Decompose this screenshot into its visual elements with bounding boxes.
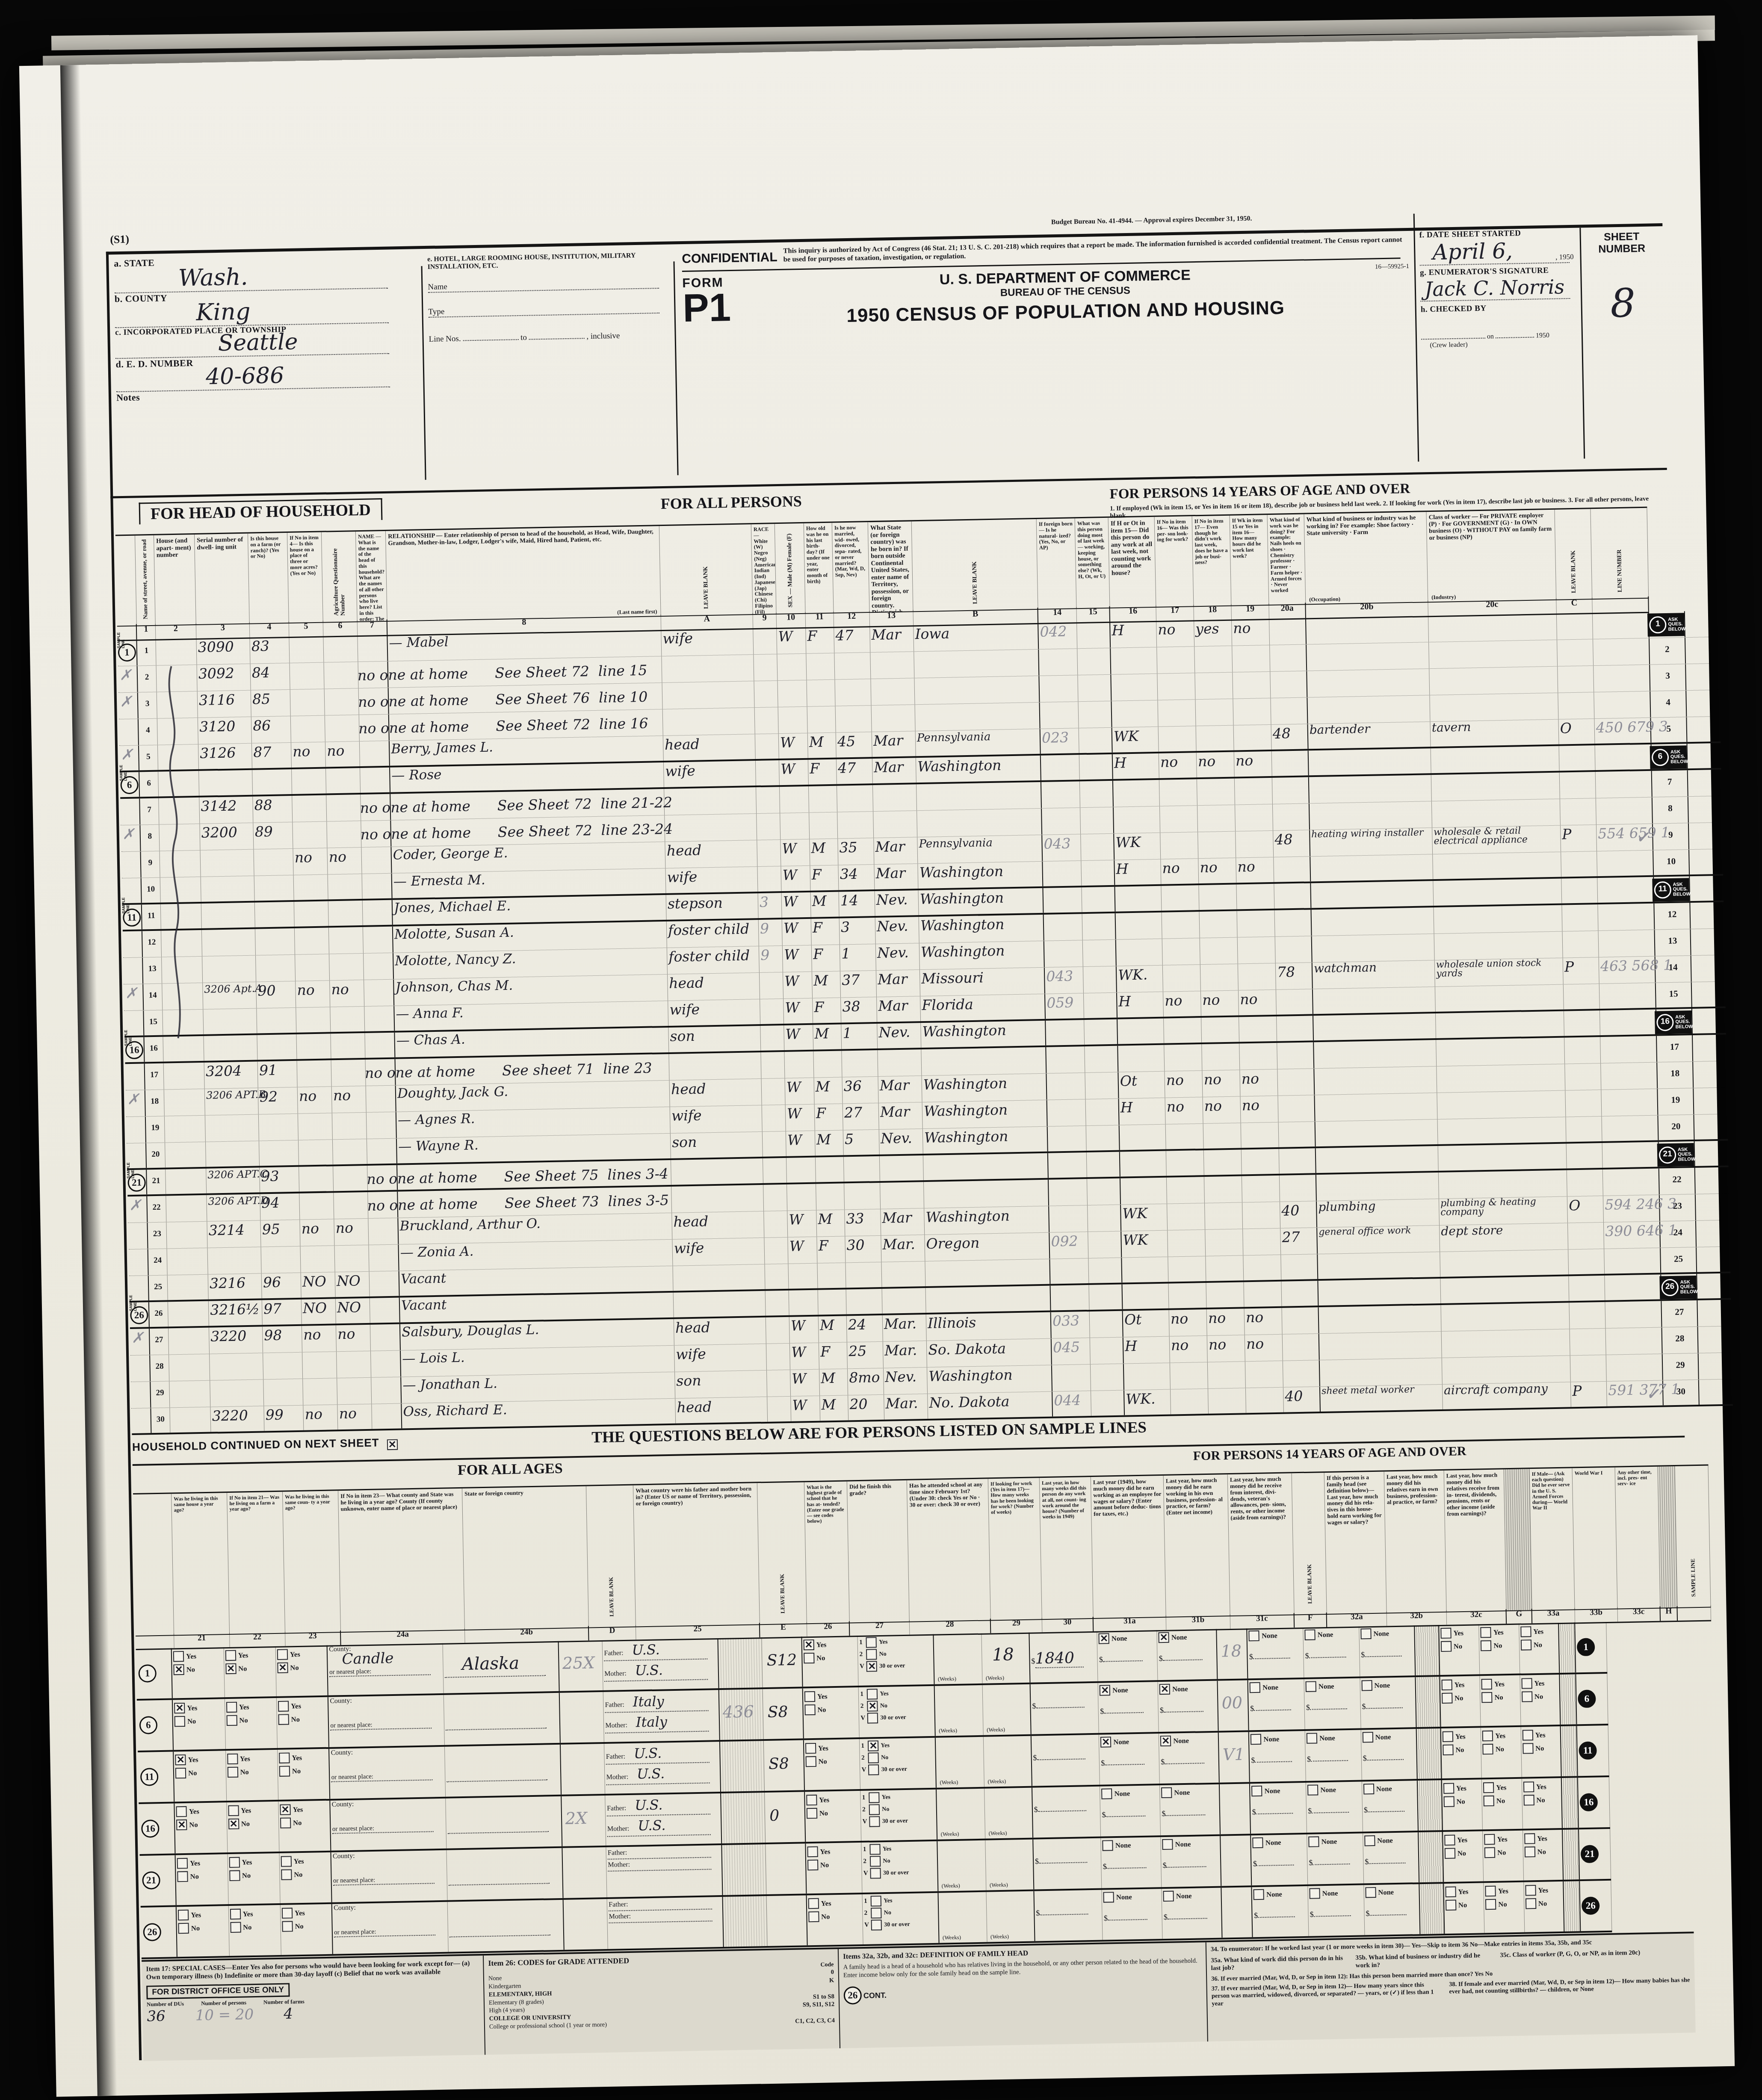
- cell-i19: [1271, 697, 1308, 724]
- value-name: Oss, Richard E.: [403, 1402, 507, 1419]
- cell-ind: [1431, 746, 1560, 773]
- cell-serial: [254, 875, 294, 901]
- cell-i15: [1122, 1284, 1169, 1309]
- cell-ind: [1429, 640, 1558, 668]
- cell-lineL: 11: [142, 904, 161, 930]
- qc31-none-label: None: [1174, 1788, 1190, 1796]
- value-mar: Nev.: [877, 944, 909, 961]
- value-i15: WK.: [1126, 1390, 1156, 1407]
- value-sex: F: [813, 919, 823, 936]
- father-fill: [606, 1762, 709, 1764]
- qa33-yes-label: Yes: [1453, 1629, 1463, 1637]
- sample-cell-i21: Yes✕No: [172, 1647, 225, 1698]
- q27-yes: ✕Yes: [803, 1639, 856, 1650]
- sample-cell-i21: YesNo: [176, 1854, 228, 1905]
- qc31: ✕None$: [1160, 1735, 1217, 1766]
- cell-farm: [295, 954, 330, 981]
- cell-street: [165, 1142, 206, 1168]
- qb31: None$: [1103, 1839, 1160, 1871]
- qb31-none-line: ✕None: [1099, 1632, 1156, 1644]
- value-race: W: [782, 840, 797, 857]
- sample-cell-i23: YesNo: [281, 1904, 334, 1955]
- q31a-dollar: $: [1031, 1657, 1035, 1665]
- value-house: 3200: [201, 824, 237, 841]
- sample-cell-b32: None$: [1305, 1730, 1362, 1781]
- cell-i19: [1281, 1281, 1319, 1306]
- sample-line-label: SAMPLE LINE: [126, 1161, 135, 1178]
- cell-sex: F: [819, 1342, 848, 1369]
- cell-i19: 40: [1283, 1387, 1321, 1412]
- q31a-fill: [1038, 1810, 1087, 1812]
- sample-cell-d: 25X: [559, 1640, 603, 1691]
- cell-c: 463 568 1: [1599, 957, 1656, 984]
- cell-farm: no: [300, 1219, 334, 1246]
- cell-i15: WK.: [1124, 1390, 1171, 1415]
- qi23-yes-label: Yes: [293, 1805, 303, 1813]
- value-acres: no: [339, 1405, 357, 1422]
- sample-cell-i25: Father:Mother:: [606, 1845, 723, 1897]
- value-acres: NO: [337, 1299, 361, 1316]
- qb31-none-label: None: [1112, 1686, 1128, 1694]
- cell-i19: [1282, 1307, 1319, 1334]
- cell-farm: [293, 821, 327, 848]
- q28-code-2: 2: [859, 1651, 866, 1658]
- cell-born: No. Dakota: [928, 1392, 1053, 1419]
- cell-race: [788, 1264, 818, 1289]
- sample-cell-county: County:Candleor nearest place:: [328, 1643, 444, 1695]
- cell-lineL: 3: [138, 692, 157, 719]
- value-mar: Nev.: [881, 1130, 912, 1147]
- q28-label-V: 30 or over: [882, 1817, 908, 1824]
- cell-street: [166, 1195, 207, 1222]
- value-i15: H: [1120, 1099, 1133, 1116]
- cell-age: 3: [840, 918, 876, 945]
- qi22-no-box: ✕: [225, 1663, 236, 1674]
- cell-cls: [1565, 1090, 1602, 1117]
- sample-cell-a33: YesNo: [1442, 1779, 1483, 1830]
- qa32-amount-line: $: [1252, 1807, 1305, 1816]
- qa33-no: No: [1442, 1692, 1479, 1704]
- cell-b: 043: [1042, 834, 1081, 861]
- cell-name: Vacant: [400, 1293, 674, 1323]
- grade-code-col-label: Code: [820, 1961, 834, 1969]
- cell-farm: no: [291, 742, 326, 768]
- cell-b: [1043, 861, 1082, 886]
- column-number-11: 11: [806, 611, 834, 627]
- qi21: Yes✕No: [173, 1650, 222, 1675]
- qa33: YesNo: [1444, 1834, 1481, 1859]
- father-label: Father:: [608, 1849, 627, 1857]
- cell-sex: M: [811, 892, 840, 917]
- cell-i18: [1242, 1202, 1280, 1229]
- sample-caption-22: If No in item 21— Was he living on a far…: [229, 1495, 281, 1512]
- grade-code-label: Kindergarten: [488, 1982, 521, 1991]
- qa33-yes: Yes: [1440, 1627, 1478, 1639]
- q27: YesNo: [807, 1846, 860, 1870]
- value-i19: 40: [1281, 1202, 1300, 1219]
- cell-lineL: 9: [141, 851, 160, 878]
- cell-i17: [1200, 964, 1239, 991]
- value-farm: no: [299, 1087, 317, 1105]
- cell-nat: [1083, 966, 1117, 993]
- value-i15: WK: [1123, 1231, 1148, 1248]
- cell-ind: [1434, 905, 1562, 933]
- qa33-yes-label: Yes: [1454, 1681, 1464, 1689]
- cell-i16: [1168, 1256, 1206, 1282]
- cell-i19: [1280, 1175, 1317, 1202]
- q28-box-2: ✕: [867, 1701, 878, 1711]
- father-label: Father:: [607, 1805, 627, 1812]
- value-i18: no: [1241, 1070, 1259, 1087]
- qi23: ✕YesNo: [280, 1804, 328, 1828]
- qb32-fill: [1314, 1915, 1351, 1917]
- value-name: Doughty, Jack G.: [397, 1084, 508, 1102]
- sample-cell-b31: ✕None$: [1098, 1682, 1159, 1733]
- cell-i15: [1116, 939, 1163, 966]
- district-value-1: 36: [147, 2008, 166, 2025]
- sample-cell-i25: Father:U.S.Mother:U.S.: [603, 1638, 719, 1690]
- cell-street: [169, 1328, 210, 1355]
- qi21-no-box: ✕: [176, 1819, 187, 1830]
- qc32-none-line: None: [1365, 1886, 1418, 1898]
- qc32-none-label: None: [1376, 1784, 1392, 1793]
- sample-header-22: If No in item 21— Was he living on a far…: [227, 1492, 285, 1634]
- qi22-yes-box: [230, 1909, 240, 1920]
- cell-i18: [1241, 1122, 1279, 1148]
- qi21-yes-box: [176, 1806, 187, 1817]
- value-race: W: [785, 999, 800, 1016]
- qc31-none-box: [1161, 1787, 1172, 1798]
- cell-acres: [329, 954, 364, 980]
- qb32-none-box: [1310, 1888, 1320, 1899]
- cell-house: 3220: [209, 1326, 263, 1353]
- sample-line-label: SAMPLE LINE: [128, 1294, 137, 1311]
- cell-mar: Mar.: [883, 1314, 927, 1341]
- qa32: None$: [1250, 1681, 1303, 1713]
- cell-occ: [1310, 801, 1432, 830]
- cell-farm: [294, 874, 328, 900]
- sample-row-badge: 16: [141, 1819, 160, 1838]
- value-mar: Mar.: [882, 1235, 915, 1252]
- cell-farm: [292, 795, 327, 821]
- cell-race: W: [790, 1343, 819, 1370]
- value-age: 1: [843, 1025, 852, 1041]
- ask-ques-below-label: ASK QUES. BELOW: [1668, 617, 1686, 632]
- qi23-yes-label: Yes: [295, 1908, 305, 1917]
- qb33-no-label: No: [1497, 1848, 1506, 1856]
- header-band: a. STATE Wash. b. COUNTY King c. INCORPO…: [109, 226, 1667, 494]
- qi22: Yes✕No: [228, 1805, 277, 1829]
- cell-sex: M: [810, 839, 838, 865]
- value-age: 27: [844, 1104, 863, 1121]
- column-caption-16: If H or Ot in item 15— Did this person d…: [1111, 520, 1153, 577]
- sample-cell-i29: (Weeks): [937, 1840, 986, 1891]
- sample-cell-i28: 1Yes2NoV30 or over: [862, 1841, 938, 1893]
- qa33: YesNo: [1443, 1731, 1480, 1755]
- cell-c: [1598, 930, 1655, 957]
- sample-cell-i28: 1Yes2NoV30 or over: [860, 1790, 937, 1841]
- father-country: Italy: [633, 1693, 664, 1710]
- column-number-LN: [1592, 597, 1649, 613]
- cell-ag: [360, 768, 390, 793]
- qc33-no-label: No: [1536, 1796, 1545, 1804]
- sample-cell-b32: None$: [1308, 1885, 1365, 1936]
- father-fill: [609, 1908, 712, 1911]
- family-head-text: A family head is a head of a household w…: [843, 1957, 1202, 1979]
- q27-no: No: [805, 1755, 858, 1767]
- cell-rel: wife: [668, 999, 760, 1026]
- cell-born: Washington: [918, 888, 1044, 915]
- cell-race: W: [786, 1131, 816, 1156]
- qb32-none-label: None: [1319, 1734, 1335, 1742]
- cell-i17: [1203, 1123, 1242, 1149]
- value-b: 043: [1044, 835, 1071, 852]
- margin-pencil-mark: ✗: [127, 1091, 139, 1108]
- sample-cell-a32: None$: [1251, 1834, 1308, 1885]
- qc31: None$: [1161, 1787, 1218, 1818]
- q27: YesNo: [804, 1690, 858, 1715]
- qc31-amount-line: $: [1161, 1757, 1217, 1766]
- sample-cell-i30: (Weeks): [984, 1788, 1033, 1839]
- value-house: 3206 APT.B: [206, 1088, 266, 1102]
- cell-i19: [1276, 989, 1313, 1015]
- qb33-yes: Yes: [1483, 1782, 1520, 1793]
- cell-street: [168, 1275, 209, 1300]
- cell-lineR: 17: [1657, 1035, 1693, 1062]
- ask-ques-below-badge: 16ASK QUES. BELOW: [1655, 1010, 1692, 1034]
- sample-line-label: SAMPLE LINE: [121, 896, 130, 913]
- value-name: Jones, Michael E.: [394, 898, 511, 916]
- qc31-none-line: None: [1163, 1890, 1220, 1902]
- cell-house: [208, 1247, 262, 1274]
- sample-cell-i29: (Weeks): [934, 1685, 983, 1736]
- sample-cell-i22: Yes✕No: [227, 1802, 279, 1852]
- qi21-yes-box: [178, 1910, 189, 1920]
- sample-cell-state: [445, 1745, 561, 1797]
- sample-cell-a32: None$: [1248, 1679, 1305, 1730]
- cell-house: 3206 APT.D: [207, 1194, 260, 1221]
- qi21-yes-box: [177, 1858, 188, 1869]
- qc32-amount-line: $: [1363, 1753, 1415, 1763]
- cell-c: [1595, 744, 1652, 770]
- sample-cell-c31: None$: [1162, 1888, 1223, 1939]
- cell-name: Oss, Richard E.: [402, 1399, 676, 1429]
- cell-i19: [1272, 750, 1309, 776]
- qb32-amount-line: $: [1309, 1858, 1362, 1867]
- qb32-none-label: None: [1322, 1889, 1338, 1897]
- cell-i19: [1269, 618, 1307, 645]
- margin-pencil-mark: ✗: [119, 667, 132, 684]
- qc33-yes-label: Yes: [1535, 1731, 1545, 1739]
- sample-caption-H: [1666, 1469, 1668, 1597]
- cell-farm: [299, 1193, 334, 1219]
- value-born: Washington: [917, 757, 1002, 775]
- sample-caption-D: LEAVE BLANK: [606, 1488, 615, 1616]
- sample-cell-i25: Father:U.S.Mother:U.S.: [604, 1742, 721, 1794]
- value-ind: plumbing & heating company: [1440, 1197, 1566, 1217]
- cell-house: 3206 APT.C: [206, 1167, 260, 1193]
- sample-cell-e: [718, 1637, 763, 1688]
- value-i15: WK.: [1118, 966, 1148, 983]
- ask-ques-below-label: ASK QUES. BELOW: [1675, 1015, 1693, 1030]
- cell-mar: Mar.: [883, 1341, 927, 1368]
- cell-cls: P: [1571, 1382, 1607, 1407]
- cell-mar: Mar: [878, 1076, 922, 1103]
- cell-acres: no: [336, 1325, 371, 1351]
- cell-street: [168, 1301, 209, 1327]
- qi21-no-box: ✕: [174, 1664, 184, 1675]
- cell-ag: [370, 1298, 400, 1323]
- cell-nat: [1091, 1391, 1125, 1416]
- column-caption-15: What was this person doing most of last …: [1077, 520, 1107, 580]
- cell-race: W: [777, 627, 806, 654]
- qb31-dollar: $: [1101, 1759, 1105, 1767]
- mother-country: U.S.: [635, 1662, 663, 1678]
- qb31-none-box: ✕: [1099, 1633, 1109, 1644]
- cell-serial: 95: [260, 1220, 300, 1247]
- cell-cls: [1562, 904, 1598, 931]
- sample-cell-g26: [767, 1895, 808, 1946]
- qi22-no-label: No: [241, 1819, 250, 1828]
- column-header-20a: What kind of work was he doing? For exam…: [1268, 514, 1306, 605]
- cell-i16: [1166, 1124, 1204, 1149]
- cell-serial: 87: [252, 743, 292, 768]
- value-house: 3092: [198, 665, 235, 682]
- qi22-no: No: [229, 1870, 278, 1881]
- cell-nat: [1081, 834, 1115, 860]
- q28-option-1: 1Yes: [860, 1688, 933, 1700]
- value-rel: head: [677, 1398, 712, 1415]
- q28-code-2: 2: [863, 1858, 870, 1865]
- value-sex: F: [810, 760, 820, 777]
- qb31-fill: [1103, 1660, 1143, 1662]
- ask-ques-below-badge: 26ASK QUES. BELOW: [1659, 1276, 1697, 1300]
- cell-age: 14: [839, 891, 875, 917]
- grade-value: S12: [766, 1651, 797, 1669]
- cell-a: [764, 1238, 788, 1264]
- value-race: W: [787, 1131, 802, 1149]
- sample-caption-SL: SAMPLE LINE: [1688, 1468, 1697, 1597]
- qa32-none-label: None: [1265, 1838, 1281, 1846]
- cell-occ: [1316, 1119, 1438, 1146]
- cell-name: Molotte, Nancy Z.: [393, 948, 668, 979]
- cell-c: [1602, 1116, 1659, 1141]
- qi21-no-label: No: [187, 1717, 196, 1725]
- cell-born: Florida: [920, 994, 1046, 1021]
- q27-yes-box: [804, 1691, 815, 1702]
- cell-acres: no: [334, 1219, 369, 1245]
- qi23-yes-box: [278, 1701, 289, 1711]
- cell-acres: no: [325, 741, 360, 767]
- value-b: 092: [1051, 1232, 1078, 1249]
- cell-mar: Nev.: [884, 1368, 928, 1394]
- qb31-fill: [1106, 1816, 1146, 1817]
- cell-house: [204, 1035, 257, 1061]
- column-number-16: 16: [1110, 605, 1156, 622]
- qc33-yes-label: Yes: [1538, 1886, 1548, 1894]
- qc33: YesNo: [1521, 1678, 1558, 1702]
- cell-i16: no: [1161, 859, 1199, 884]
- cell-b: [1041, 755, 1080, 780]
- qb32-none-label: None: [1317, 1630, 1333, 1639]
- cell-acres: [331, 1033, 365, 1058]
- corner-tag: (S1): [110, 233, 129, 246]
- qi23-no-box: [281, 1869, 292, 1880]
- q28-code-V: V: [863, 1818, 869, 1825]
- column-number-18: 18: [1194, 604, 1232, 620]
- cell-i19: [1274, 857, 1311, 882]
- cell-lineR: 20: [1658, 1115, 1694, 1140]
- cell-race: W: [783, 972, 813, 998]
- cell-lineR: 21ASK QUES. BELOW: [1659, 1141, 1695, 1167]
- sample-cell-g: [1416, 1677, 1441, 1727]
- code-d: 2X: [565, 1809, 587, 1828]
- value-house: 3090: [198, 638, 234, 656]
- qa32-none-box: [1251, 1786, 1262, 1796]
- cell-house: 3214: [207, 1220, 261, 1247]
- qb31-fill: [1108, 1919, 1147, 1921]
- qb31-none-box: ✕: [1100, 1685, 1110, 1695]
- cell-age: 1: [841, 1024, 878, 1049]
- sample-cell-i23: Yes✕No: [276, 1645, 329, 1696]
- cell-age: 37: [840, 971, 877, 998]
- cell-rel: wife: [665, 867, 758, 893]
- qa33-no: No: [1441, 1640, 1478, 1652]
- cell-b: [1050, 1285, 1089, 1311]
- value-serial: 93: [261, 1168, 279, 1185]
- cell-lineL: 20: [146, 1143, 166, 1168]
- cell-i19: 40: [1280, 1201, 1317, 1228]
- cell-born: Washington: [922, 1100, 1048, 1128]
- item-38-note: 38. If female and ever married (Mar, Wd,…: [1449, 1977, 1691, 2004]
- sample-cell-i25: Father:U.S.Mother:U.S.: [605, 1793, 721, 1846]
- cell-badge: 1SAMPLE LINE: [117, 640, 137, 666]
- q28-option-2: 2✕No: [860, 1700, 933, 1712]
- cell-occ: watchman: [1313, 960, 1435, 989]
- qb31-amount-line: $: [1099, 1654, 1156, 1664]
- value-house: 3220: [212, 1407, 248, 1424]
- cell-i15: WK: [1121, 1204, 1168, 1231]
- qc32-none-line: None: [1360, 1627, 1413, 1639]
- cell-race: W: [788, 1237, 817, 1264]
- cell-lineL: 16: [144, 1037, 163, 1062]
- cell-nat: [1084, 993, 1118, 1018]
- value-age: 14: [840, 892, 859, 909]
- q27: YesNo: [805, 1742, 859, 1767]
- cell-mar: Nev.: [876, 943, 920, 970]
- qc33-no-box: [1523, 1795, 1534, 1805]
- value-race: W: [791, 1344, 806, 1361]
- column-header-LN: LINE NUMBER: [1591, 508, 1649, 599]
- cell-house: 3142: [199, 797, 253, 824]
- cell-nat: [1082, 913, 1116, 940]
- qc32: None$: [1365, 1886, 1418, 1918]
- qb32-none-line: None: [1308, 1836, 1361, 1847]
- cell-occ: [1316, 1146, 1439, 1173]
- value-rel: foster child: [668, 920, 750, 938]
- margin-pencil-mark: ✗: [121, 746, 133, 764]
- qi22-yes-label: Yes: [242, 1910, 253, 1918]
- qi23-yes-box: [277, 1649, 288, 1660]
- cell-sex: M: [814, 1077, 843, 1104]
- qi22-yes-label: Yes: [240, 1754, 250, 1763]
- cell-lineL: 24: [148, 1249, 168, 1275]
- column-header-6: Agriculture Questionnaire Number: [322, 532, 358, 622]
- mother-label: Mother:: [606, 1773, 629, 1781]
- q28-code-1: 1: [861, 1743, 868, 1750]
- cell-house: 3090: [196, 638, 250, 665]
- column-number-7: 7: [358, 620, 388, 635]
